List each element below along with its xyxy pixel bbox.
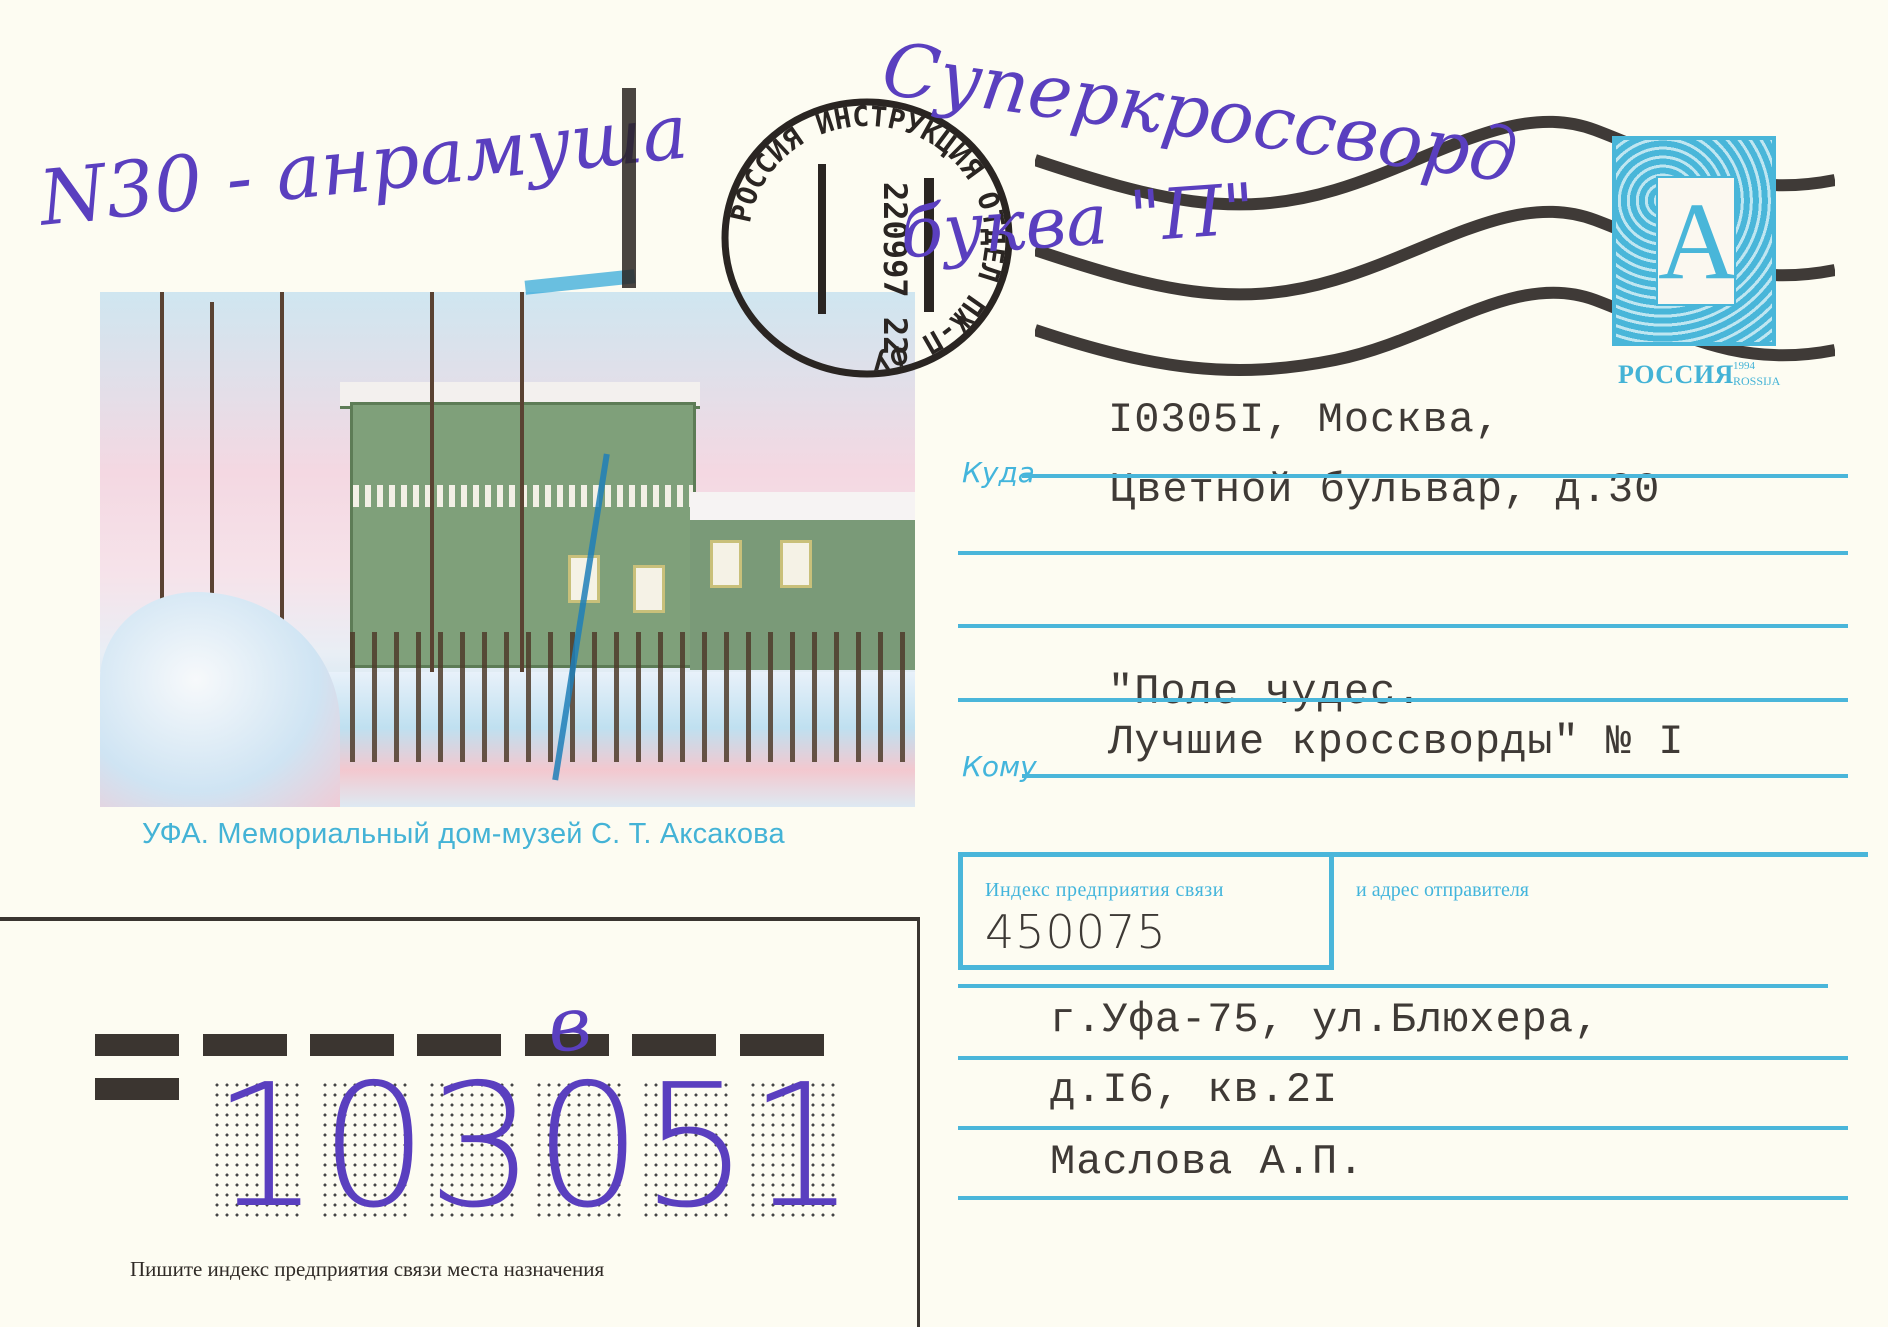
sender-line — [958, 1056, 1848, 1060]
sender-line — [958, 1196, 1848, 1200]
whom-line-1: "Поле чудес. — [1108, 668, 1422, 716]
iron-fence — [350, 632, 915, 762]
to-line-1: I0305I, Москва, — [1108, 396, 1501, 444]
house-window — [780, 540, 812, 588]
postage-stamp: А — [1612, 136, 1776, 346]
whom-line-2: Лучшие кроссворды" № I — [1108, 718, 1685, 766]
house-window — [710, 540, 742, 588]
index-digit-box: 1 — [212, 1080, 304, 1220]
index-digit: 3 — [427, 1072, 519, 1222]
sender-index-label: Индекс предприятия связи — [985, 879, 1224, 902]
address-line — [1022, 474, 1848, 478]
index-digit-box: 5 — [641, 1080, 733, 1220]
sender-line — [958, 1126, 1848, 1130]
postal-index-instruction: Пишите индекс предприятия связи места на… — [130, 1257, 604, 1282]
sender-line-1: г.Уфа-75, ул.Блюхера, — [1050, 996, 1600, 1044]
sender-line-3: Маслова А.П. — [1050, 1138, 1364, 1186]
snow-drift — [100, 592, 340, 807]
index-digit-box: 0 — [534, 1080, 626, 1220]
sender-line — [958, 984, 1828, 988]
envelope: УФА. Мемориальный дом-музей С. Т. Аксако… — [0, 0, 1888, 1327]
index-bar — [95, 1078, 179, 1100]
sender-line-2: д.I6, кв.2I — [1050, 1066, 1338, 1114]
index-digit: 0 — [320, 1072, 412, 1222]
address-line — [958, 551, 1848, 555]
stamp-country: РОССИЯ — [1618, 360, 1734, 390]
handwritten-note-left: N30 - анрамуша — [35, 86, 692, 243]
illustration-caption: УФА. Мемориальный дом-музей С. Т. Аксако… — [142, 818, 785, 851]
index-bar — [95, 1034, 179, 1056]
address-line — [1022, 774, 1848, 778]
index-digit: 1 — [212, 1072, 304, 1222]
stamp-inner-panel: А — [1656, 176, 1736, 306]
stamp-year: 1994 — [1733, 360, 1755, 372]
sender-address-label: и адрес отправителя — [1356, 879, 1529, 902]
index-digit: 0 — [534, 1072, 626, 1222]
stamp-letter: А — [1658, 186, 1734, 296]
index-digit-box: 0 — [320, 1080, 412, 1220]
pencil-underline — [525, 269, 636, 294]
house-window — [633, 565, 665, 613]
to-label: Куда — [962, 456, 1035, 489]
tree — [280, 292, 284, 672]
sender-index-value: 450075 — [985, 905, 1167, 959]
index-digit: 5 — [641, 1072, 733, 1222]
sender-block: Индекс предприятия связи 450075 и адрес … — [958, 852, 1868, 987]
sender-index-box: Индекс предприятия связи 450075 — [958, 857, 1334, 970]
index-digit: 1 — [748, 1072, 840, 1222]
postmark-bar — [622, 88, 636, 288]
index-digit-box: 1 — [748, 1080, 840, 1220]
whom-label: Кому — [962, 750, 1037, 783]
stamp-country-latin: ROSSIJA — [1733, 374, 1780, 389]
index-digit-box: 3 — [427, 1080, 519, 1220]
address-line — [958, 698, 1848, 702]
address-line — [958, 624, 1848, 628]
